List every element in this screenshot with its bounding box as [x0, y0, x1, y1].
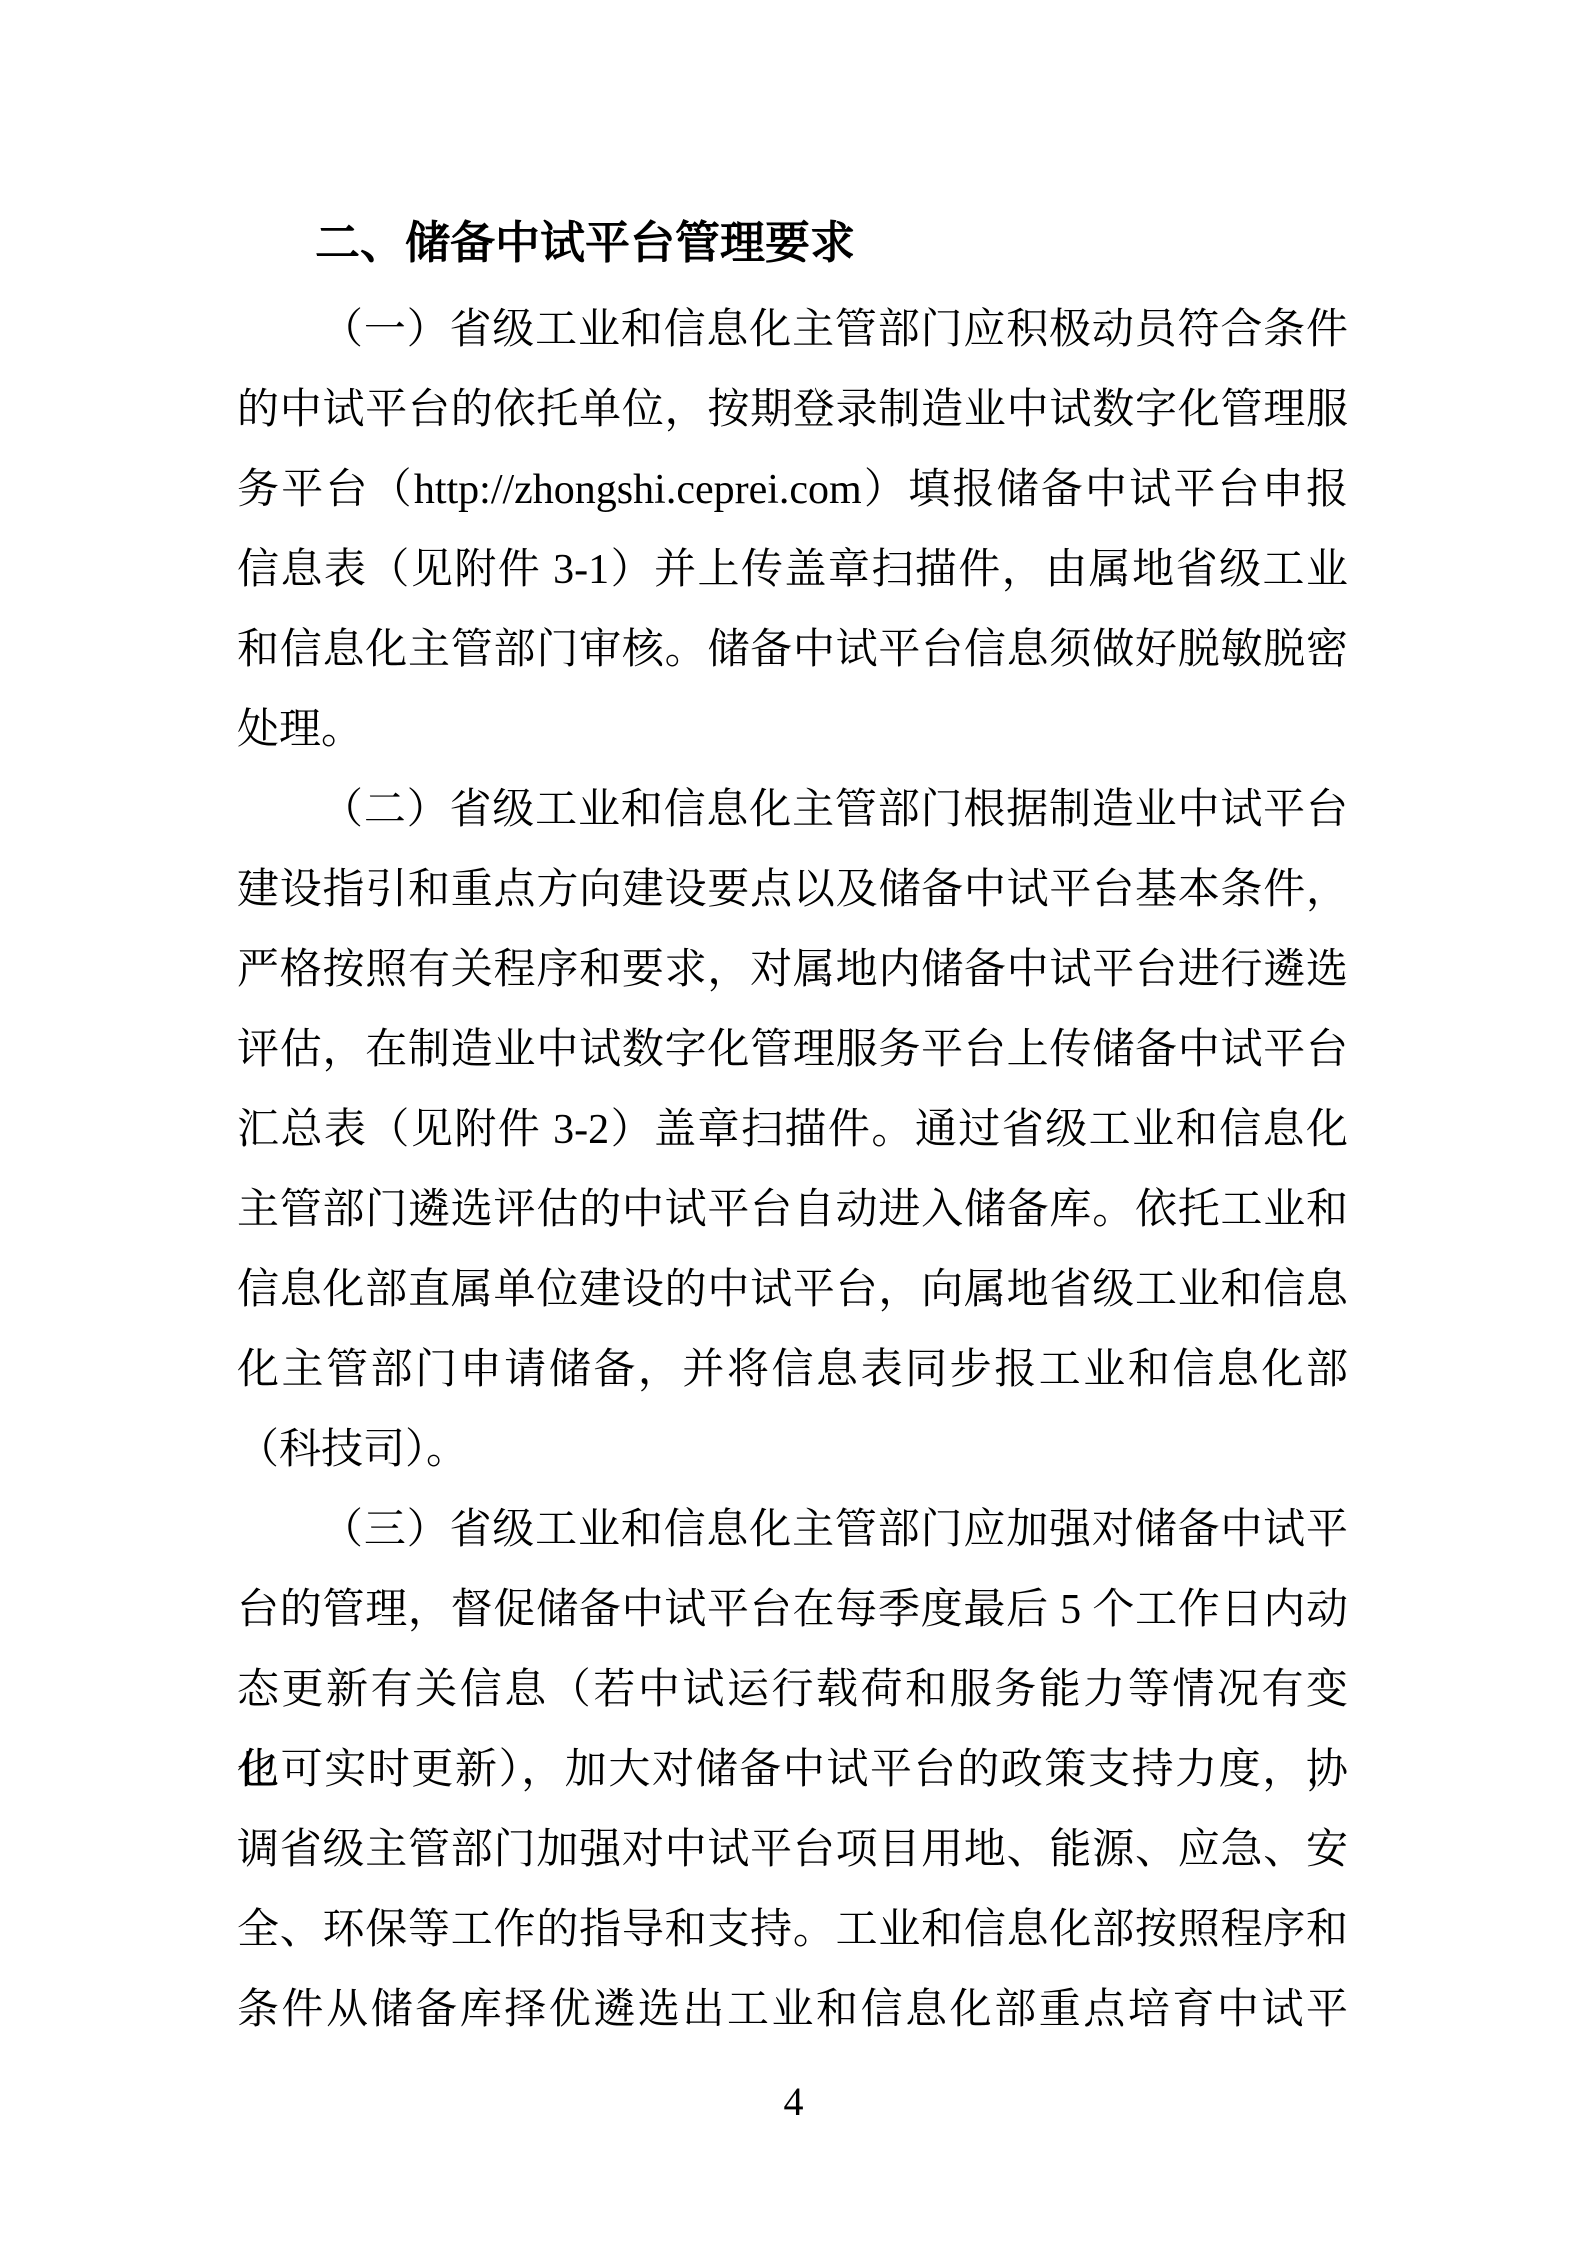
text-line: 也可实时更新），加大对储备中试平台的政策支持力度，协 — [237, 1730, 1348, 1810]
text-line: 主管部门遴选评估的中试平台自动进入储备库。依托工业和 — [237, 1170, 1348, 1250]
text-line: 的中试平台的依托单位，按期登录制造业中试数字化管理服 — [237, 370, 1348, 450]
page-number: 4 — [0, 2078, 1587, 2126]
text-line: 严格按照有关程序和要求，对属地内储备中试平台进行遴选 — [237, 930, 1348, 1010]
text-line: 信息表（见附件 3-1）并上传盖章扫描件，由属地省级工业 — [237, 530, 1348, 610]
text-line: 态更新有关信息（若中试运行载荷和服务能力等情况有变化， — [237, 1650, 1348, 1730]
text-line: （科技司）。 — [237, 1410, 1348, 1490]
text-line: （一）省级工业和信息化主管部门应积极动员符合条件 — [237, 290, 1348, 370]
text-line: 务平台（http://zhongshi.ceprei.com）填报储备中试平台申… — [237, 450, 1348, 530]
text-line: 建设指引和重点方向建设要点以及储备中试平台基本条件， — [237, 850, 1348, 930]
text-line: 台的管理，督促储备中试平台在每季度最后 5 个工作日内动 — [237, 1570, 1348, 1650]
document-page: 二、储备中试平台管理要求 （一）省级工业和信息化主管部门应积极动员符合条件 的中… — [0, 0, 1587, 2245]
text-line: 汇总表（见附件 3-2）盖章扫描件。通过省级工业和信息化 — [237, 1090, 1348, 1170]
text-line: （二）省级工业和信息化主管部门根据制造业中试平台 — [237, 770, 1348, 850]
text-line: 处理。 — [237, 690, 1348, 770]
text-line: 和信息化主管部门审核。储备中试平台信息须做好脱敏脱密 — [237, 610, 1348, 690]
text-block: 二、储备中试平台管理要求 （一）省级工业和信息化主管部门应积极动员符合条件 的中… — [237, 196, 1348, 2050]
text-line: 调省级主管部门加强对中试平台项目用地、能源、应急、安 — [237, 1810, 1348, 1890]
text-line: 评估，在制造业中试数字化管理服务平台上传储备中试平台 — [237, 1010, 1348, 1090]
text-line: 信息化部直属单位建设的中试平台，向属地省级工业和信息 — [237, 1250, 1348, 1330]
text-line: （三）省级工业和信息化主管部门应加强对储备中试平 — [237, 1490, 1348, 1570]
section-heading: 二、储备中试平台管理要求 — [237, 196, 1348, 290]
text-line: 全、环保等工作的指导和支持。工业和信息化部按照程序和 — [237, 1890, 1348, 1970]
text-line: 化主管部门申请储备，并将信息表同步报工业和信息化部 — [237, 1330, 1348, 1410]
text-line: 条件从储备库择优遴选出工业和信息化部重点培育中试平 — [237, 1970, 1348, 2050]
